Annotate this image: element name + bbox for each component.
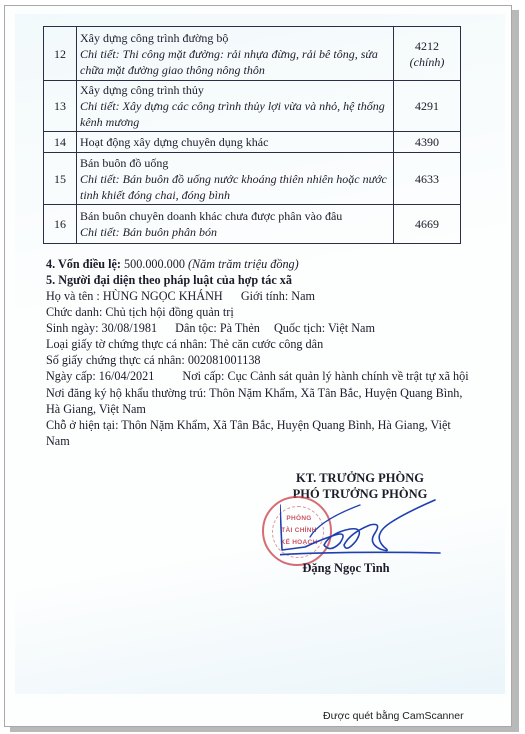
activity-name: Xây dựng công trình đường bộ — [80, 30, 390, 46]
ethnicity-label: Dân tộc: — [175, 321, 217, 335]
permanent-address-line1: Nơi đăng ký hộ khẩu thường trú: Thôn Nặm… — [46, 385, 462, 401]
gender-value: Nam — [291, 289, 315, 303]
table-row: 14 Hoạt động xây dựng chuyên dụng khác 4… — [44, 132, 461, 153]
activity-code: 4669 — [394, 205, 461, 244]
handwritten-signature-icon — [280, 495, 445, 565]
issue-place-label: Nơi cấp: — [182, 369, 224, 383]
capital-amount: 500.000.000 — [124, 257, 185, 271]
id-number-line: Số giấy chứng thực cá nhân: 002081001138 — [46, 352, 261, 368]
id-type-label: Loại giấy tờ chứng thực cá nhân: — [46, 337, 207, 351]
id-number-value: 002081001138 — [188, 353, 261, 367]
table-row: 12 Xây dựng công trình đường bộ Chi tiết… — [44, 27, 461, 81]
id-type-value: Thẻ căn cước công dân — [210, 337, 323, 351]
code-value: 4291 — [415, 99, 439, 113]
id-type-line: Loại giấy tờ chứng thực cá nhân: Thẻ căn… — [46, 336, 323, 352]
activity-description: Bán buôn chuyên doanh khác chưa được phâ… — [77, 205, 394, 244]
signature-title-line1: KT. TRƯỞNG PHÒNG — [260, 470, 460, 486]
id-number-label: Số giấy chứng thực cá nhân: — [46, 353, 185, 367]
code-value: 4212 — [415, 39, 439, 53]
code-note: (chính) — [410, 55, 445, 69]
table-row: 16 Bán buôn chuyên doanh khác chưa được … — [44, 205, 461, 244]
capital-line: 4. Vốn điều lệ: 500.000.000 (Năm trăm tr… — [46, 256, 299, 272]
issue-place-value: Cục Cảnh sát quản lý hành chính về trật … — [227, 369, 468, 383]
activity-detail: Chi tiết: Bán buôn phân bón — [80, 224, 390, 240]
table-row: 13 Xây dựng công trình thủy Chi tiết: Xâ… — [44, 81, 461, 132]
representative-name: HÙNG NGỌC KHÁNH — [103, 289, 223, 303]
dob-value: 30/08/1981 — [102, 321, 158, 335]
name-label: Họ và tên : — [46, 289, 100, 303]
activity-name: Hoạt động xây dựng chuyên dụng khác — [80, 134, 390, 150]
activity-name: Xây dựng công trình thủy — [80, 82, 390, 98]
activity-detail: Chi tiết: Xây dựng các công trình thủy l… — [80, 98, 390, 130]
activity-code: 4390 — [394, 132, 461, 153]
title-label: Chức danh: — [46, 305, 102, 319]
dob-line: Sinh ngày: 30/08/1981 Dân tộc: Pà Thẻn Q… — [46, 320, 375, 336]
ethnicity-value: Pà Thẻn — [220, 321, 260, 335]
representative-heading: 5. Người đại diện theo pháp luật của hợp… — [46, 272, 292, 288]
row-number: 16 — [44, 205, 77, 244]
capital-label: 4. Vốn điều lệ: — [46, 257, 121, 271]
activity-code: 4291 — [394, 81, 461, 132]
issue-date-value: 16/04/2021 — [99, 369, 155, 383]
code-value: 4390 — [415, 135, 439, 149]
current-address-line1: Chỗ ở hiện tại: Thôn Nặm Khẩm, Xã Tân Bắ… — [46, 417, 451, 433]
dob-label: Sinh ngày: — [46, 321, 98, 335]
signer-name: Đặng Ngọc Tình — [266, 561, 426, 576]
activity-description: Xây dựng công trình đường bộ Chi tiết: T… — [77, 27, 394, 81]
issue-date-label: Ngày cấp: — [46, 369, 96, 383]
activity-code: 4633 — [394, 153, 461, 205]
activity-description: Xây dựng công trình thủy Chi tiết: Xây d… — [77, 81, 394, 132]
activity-description: Bán buôn đồ uống Chi tiết: Bán buôn đồ u… — [77, 153, 394, 205]
table-row: 15 Bán buôn đồ uống Chi tiết: Bán buôn đ… — [44, 153, 461, 205]
code-value: 4633 — [415, 172, 439, 186]
issue-line: Ngày cấp: 16/04/2021 Nơi cấp: Cục Cảnh s… — [46, 368, 469, 384]
row-number: 15 — [44, 153, 77, 205]
activity-detail: Chi tiết: Thi công mặt đường: rải nhựa đ… — [80, 46, 390, 78]
nationality-label: Quốc tịch: — [274, 321, 325, 335]
capital-amount-words: (Năm trăm triệu đồng) — [188, 257, 299, 271]
business-activities-table: 12 Xây dựng công trình đường bộ Chi tiết… — [43, 26, 461, 244]
code-value: 4669 — [415, 217, 439, 231]
row-number: 13 — [44, 81, 77, 132]
title-line: Chức danh: Chủ tịch hội đồng quản trị — [46, 304, 234, 320]
name-line: Họ và tên : HÙNG NGỌC KHÁNH Giới tính: N… — [46, 288, 315, 304]
row-number: 12 — [44, 27, 77, 81]
activity-detail: Chi tiết: Bán buôn đồ uống nước khoáng t… — [80, 171, 390, 203]
activity-description: Hoạt động xây dựng chuyên dụng khác — [77, 132, 394, 153]
title-value: Chủ tịch hội đồng quản trị — [105, 305, 233, 319]
activity-name: Bán buôn chuyên doanh khác chưa được phâ… — [80, 208, 390, 224]
row-number: 14 — [44, 132, 77, 153]
permanent-address-line2: Hà Giang, Việt Nam — [46, 401, 146, 417]
current-address-line2: Nam — [46, 433, 70, 449]
gender-label: Giới tính: — [241, 289, 288, 303]
camscanner-watermark: Được quét bằng CamScanner — [323, 710, 464, 722]
activity-code: 4212 (chính) — [394, 27, 461, 81]
nationality-value: Việt Nam — [328, 321, 375, 335]
activity-name: Bán buôn đồ uống — [80, 155, 390, 171]
